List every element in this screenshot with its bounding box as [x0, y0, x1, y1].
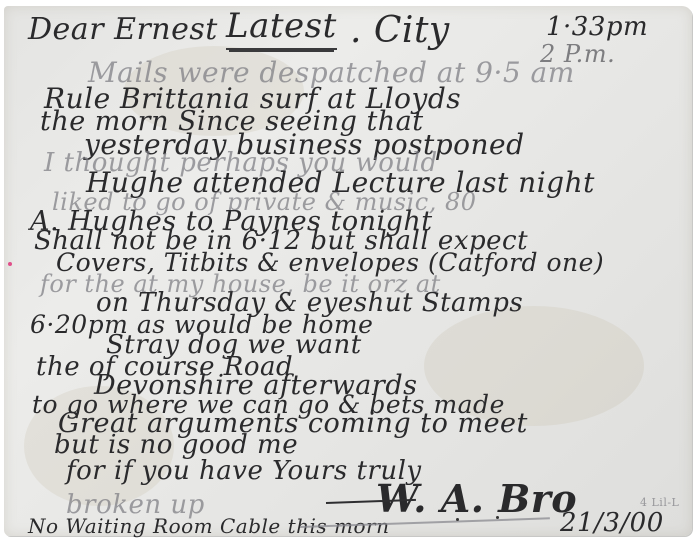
pink-mark	[8, 262, 12, 266]
ink-dot	[456, 518, 459, 521]
corner-note: 4 Lil-L	[640, 496, 679, 509]
date: 21/3/00	[560, 508, 664, 538]
location: . City	[350, 10, 450, 51]
letter-line: for if you have Yours truly	[66, 456, 422, 486]
ink-dot	[496, 516, 499, 519]
time-1: 1·33pm	[546, 12, 648, 42]
salutation: Dear Ernest	[28, 12, 218, 47]
headline: Latest	[226, 6, 337, 50]
